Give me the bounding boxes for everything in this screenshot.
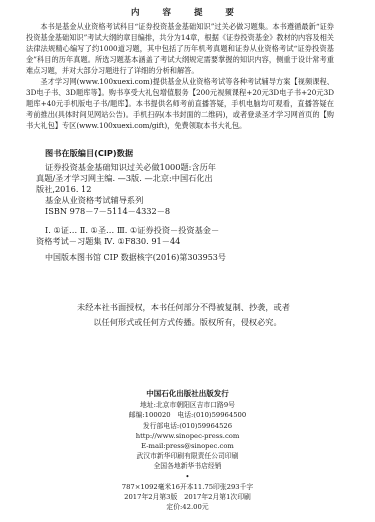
separator-dot: • [0,472,375,482]
price: 定价:42.00元 [0,502,375,512]
copyright-line: 未经本社书面授权，本书任何部分不得被复制、抄袭，或者 [0,300,375,315]
edition-info: 2017年2月第3版 2017年2月第1次印刷 [0,492,375,502]
cip-heading: 图书在版编目(CIP)数据 [45,148,133,159]
cip-line: 证券投资基金基础知识过关必做1000题:含历年 [36,162,256,173]
copyright-page: 内 容 提 要 本书是基金从业资格考试科目“证券投资基金基础知识”过关必做习题集… [0,0,375,522]
publisher-distribution-phone: 发行部电话:(010)59964526 [0,421,375,431]
publisher-info: 中国石化出版社出版发行 地址:北京市朝阳区吉市口路9号 邮编:100020 电话… [0,389,375,512]
publisher-website: http://www.sinopec-press.com [0,431,375,441]
cip-classification: Ⅰ. ①证… Ⅱ. ①圣… Ⅲ. ①证券投资－投资基金－ [36,225,256,236]
publisher-address: 地址:北京市朝阳区吉市口路9号 [0,400,375,410]
distributor: 全国各地新华书店经销 [0,461,375,471]
summary-paragraph: 圣才学习网(www.100xuexi.com)提供基金从业资格考试等各种考试辅导… [26,76,334,131]
publisher-postcode-phone: 邮编:100020 电话:(010)59964500 [0,410,375,420]
book-format: 787×1092毫米16开本11.75印张293千字 [0,482,375,492]
cip-record-number: 中国版本图书馆 CIP 数据核字(2016)第303953号 [45,252,226,263]
cip-isbn: ISBN 978－7－5114－4332－8 [36,206,256,217]
summary-title: 内 容 提 要 [0,6,375,18]
publisher-email: E-mail:press@sinopec.com [0,441,375,451]
cip-line: 真题/圣才学习网主编. —3版. —北京:中国石化出 [36,173,256,184]
cip-classification: 资格考试－习题集 Ⅳ. ①F830. 91－44 [36,236,256,247]
summary-section: 本书是基金从业资格考试科目“证券投资基金基础知识”过关必做习题集。本书遵循最新“… [26,21,334,131]
publisher-name: 中国石化出版社出版发行 [0,389,375,399]
summary-paragraph: 本书是基金从业资格考试科目“证券投资基金基础知识”过关必做习题集。本书遵循最新“… [26,21,334,76]
cip-gap [36,217,256,225]
cip-line: 版社,2016. 12 [36,184,256,195]
copyright-notice: 未经本社书面授权，本书任何部分不得被复制、抄袭，或者 以任何形式或任何方式传播。… [0,300,375,330]
printer: 武汉市新华印刷有限责任公司印刷 [0,451,375,461]
copyright-line: 以任何形式或任何方式传播。版权所有，侵权必究。 [0,315,375,330]
cip-record: 证券投资基金基础知识过关必做1000题:含历年 真题/圣才学习网主编. —3版.… [36,162,256,247]
cip-series: 基金从业资格考试辅导系列 [36,195,256,206]
